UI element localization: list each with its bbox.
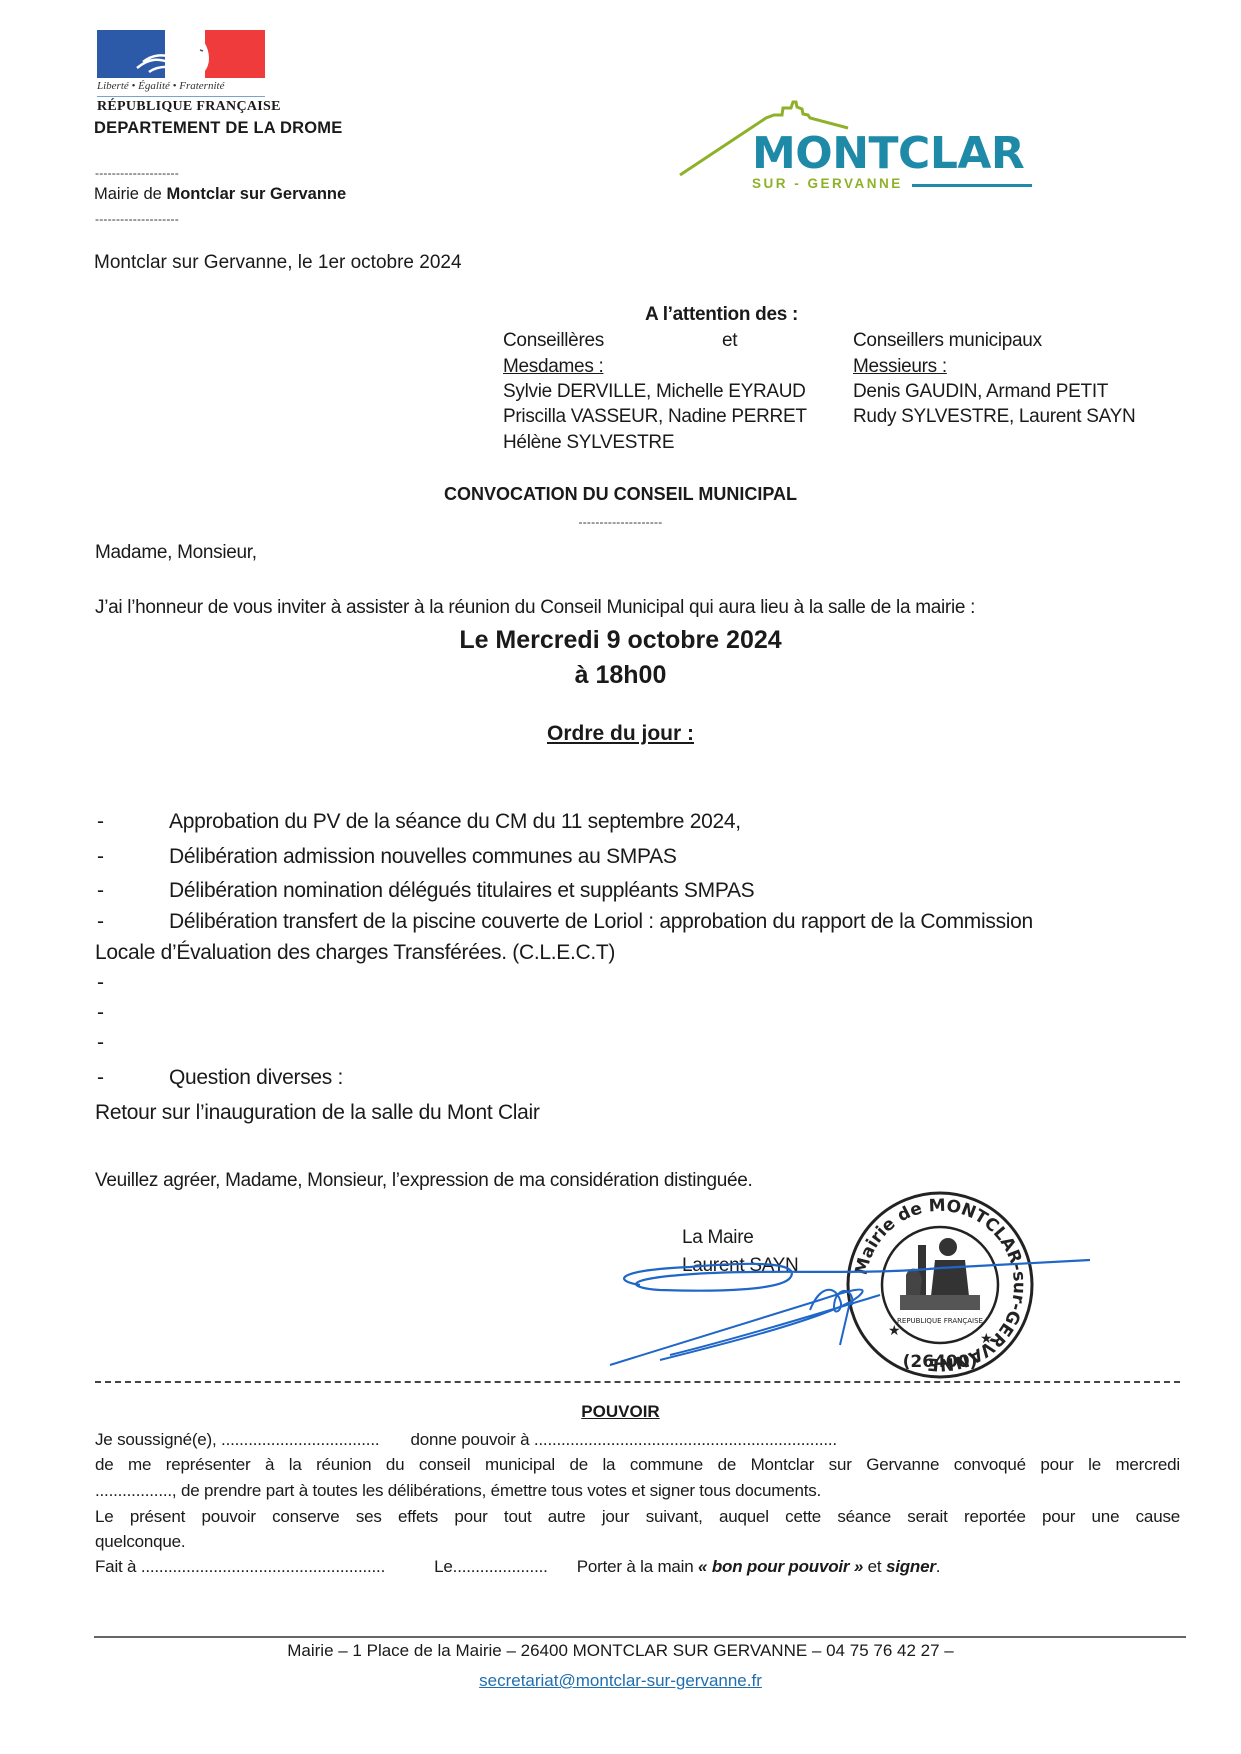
salutation: Madame, Monsieur, xyxy=(95,542,257,564)
document-title: CONVOCATION DU CONSEIL MUNICIPAL xyxy=(0,484,1241,505)
marianne-hair-icon xyxy=(97,30,265,78)
agenda-item: Délibération admission nouvelles commune… xyxy=(169,845,677,869)
agenda-title: Ordre du jour : xyxy=(0,722,1241,746)
instruction-and: et xyxy=(863,1557,886,1576)
mairie-name: Montclar sur Gervanne xyxy=(166,185,346,203)
footer-address: Mairie – 1 Place de la Mairie – 26400 MO… xyxy=(0,1641,1241,1661)
meeting-date: Le Mercredi 9 octobre 2024 xyxy=(0,626,1241,655)
signatory-field: Je soussigné(e), .......................… xyxy=(95,1430,379,1449)
agenda-misc: Question diverses : xyxy=(169,1066,343,1090)
proxy-line-signature: Fait à .................................… xyxy=(95,1557,940,1577)
marianne-logo xyxy=(97,30,265,78)
councillors-men-heading: Conseillers municipaux xyxy=(853,330,1042,352)
republique-francaise-label: RÉPUBLIQUE FRANÇAISE xyxy=(97,99,281,115)
footer-email-link[interactable]: secretariat@montclar-sur-gervanne.fr xyxy=(0,1671,1241,1691)
agenda-bullet-empty: - xyxy=(97,971,104,995)
logo-underline xyxy=(912,184,1032,187)
meeting-time: à 18h00 xyxy=(0,661,1241,690)
agenda-bullet: - xyxy=(97,810,104,834)
handwritten-signature xyxy=(600,1240,1100,1380)
republic-motto: Liberté • Égalité • Fraternité xyxy=(97,80,224,92)
connector-et: et xyxy=(722,330,737,352)
proxy-title: POUVOIR xyxy=(0,1402,1241,1422)
agenda-bullet: - xyxy=(97,845,104,869)
proxy-holder-field: donne pouvoir à ........................… xyxy=(410,1430,837,1449)
title-dashes: -------------------- xyxy=(0,515,1241,529)
messieurs-label: Messieurs : xyxy=(853,356,947,378)
montclar-logo-subtitle: SUR - GERVANNE xyxy=(752,176,903,191)
councillors-women-heading: Conseillères xyxy=(503,330,604,352)
instruction-period: . xyxy=(936,1557,941,1576)
men-names-row: Rudy SYLVESTRE, Laurent SAYN xyxy=(853,406,1135,428)
agenda-item: Approbation du PV de la séance du CM du … xyxy=(169,810,741,834)
instruction-bon-pour-pouvoir: « bon pour pouvoir » xyxy=(698,1557,863,1576)
invitation-text: J’ai l’honneur de vous inviter à assiste… xyxy=(95,597,975,619)
agenda-bullet-empty: - xyxy=(97,1031,104,1055)
agenda-item-continuation: Locale d’Évaluation des charges Transfér… xyxy=(95,941,615,965)
email-text[interactable]: secretariat@montclar-sur-gervanne.fr xyxy=(479,1671,762,1690)
agenda-item: Délibération transfert de la piscine cou… xyxy=(169,910,1033,934)
agenda-bullet-empty: - xyxy=(97,1001,104,1025)
mairie-label: Mairie de Montclar sur Gervanne xyxy=(94,185,346,204)
header-dashes-top: -------------------- xyxy=(95,166,179,180)
instruction-text: Porter à la main xyxy=(577,1557,698,1576)
agenda-bullet: - xyxy=(97,910,104,934)
proxy-line-represent: de me représenter à la réunion du consei… xyxy=(95,1455,1180,1475)
men-names-row: Denis GAUDIN, Armand PETIT xyxy=(853,381,1108,403)
place-field: Fait à .................................… xyxy=(95,1557,385,1576)
proxy-line-signatory: Je soussigné(e), .......................… xyxy=(95,1430,837,1450)
motto-divider xyxy=(97,96,265,97)
header-dashes-bottom: -------------------- xyxy=(95,212,179,226)
women-names-row: Sylvie DERVILLE, Michelle EYRAUD xyxy=(503,381,806,403)
mairie-prefix: Mairie de xyxy=(94,185,166,203)
mesdames-label: Mesdames : xyxy=(503,356,603,378)
proxy-line-validity: Le présent pouvoir conserve ses effets p… xyxy=(95,1507,1180,1527)
tear-off-line xyxy=(95,1381,1180,1383)
closing-formula: Veuillez agréer, Madame, Monsieur, l’exp… xyxy=(95,1170,753,1192)
agenda-bullet: - xyxy=(97,879,104,903)
agenda-bullet: - xyxy=(97,1066,104,1090)
women-names-row: Priscilla VASSEUR, Nadine PERRET xyxy=(503,406,807,428)
letter-date: Montclar sur Gervanne, le 1er octobre 20… xyxy=(94,252,462,274)
instruction-sign: signer xyxy=(886,1557,936,1576)
footer-divider xyxy=(94,1636,1186,1638)
attention-title: A l’attention des : xyxy=(645,304,798,326)
departement-label: DEPARTEMENT DE LA DROME xyxy=(94,119,342,138)
proxy-line-validity-end: quelconque. xyxy=(95,1532,185,1552)
women-names-row: Hélène SYLVESTRE xyxy=(503,432,674,454)
agenda-misc-detail: Retour sur l’inauguration de la salle du… xyxy=(95,1101,540,1125)
agenda-item: Délibération nomination délégués titulai… xyxy=(169,879,754,903)
montclar-logo-title: MONTCLAR xyxy=(752,128,1024,179)
proxy-line-powers: ................., de prendre part à tou… xyxy=(95,1481,821,1501)
date-field: Le..................... xyxy=(434,1557,548,1576)
